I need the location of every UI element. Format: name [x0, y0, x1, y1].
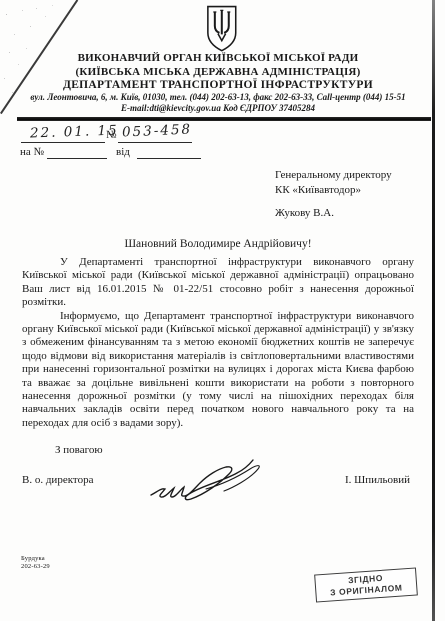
recipient-organization: КК «Київавтодор» [275, 183, 392, 198]
letterhead-address: вул. Леонтовича, 6, м. Київ, 01030, тел.… [0, 92, 436, 103]
recipient-title: Генеральному директору [275, 168, 392, 183]
signer-name: І. Шпильовий [345, 474, 410, 486]
executor-phone: 202-63-29 [21, 563, 50, 571]
letter-body: У Департаменті транспортної інфраструкту… [22, 256, 414, 430]
recipient-block: Генеральному директору КК «Київавтодор» … [275, 168, 392, 221]
letterhead-email: E-mail:dti@kievcity.gov.ua Код ЄДРПОУ 37… [0, 103, 436, 114]
salutation: Шановний Володимире Андрійовичу! [0, 238, 436, 250]
number-symbol-label: № [106, 129, 117, 141]
certification-stamp: ЗГІДНО З ОРИГІНАЛОМ [314, 567, 418, 602]
reply-from-date-label: від [116, 146, 130, 158]
executor-name: Бурдука [21, 555, 50, 563]
signer-position: В. о. директора [22, 474, 93, 486]
org-name-line1: ВИКОНАВЧИЙ ОРГАН КИЇВСЬКОЇ МІСЬКОЇ РАДИ [0, 52, 436, 66]
handwritten-outgoing-number: 053-458 [122, 121, 193, 140]
reply-number-blank-line [47, 158, 107, 159]
body-paragraph-1: У Департаменті транспортної інфраструкту… [22, 256, 414, 310]
letterhead-divider-rule [17, 117, 431, 121]
body-paragraph-2: Інформуємо, що Департамент транспортної … [22, 310, 414, 431]
letterhead-contact: вул. Леонтовича, 6, м. Київ, 01030, тел.… [0, 92, 436, 114]
handwritten-signature [148, 452, 298, 506]
recipient-name: Жукову В.А. [275, 206, 392, 221]
scan-noise-speckles [0, 0, 1, 1]
executor-block: Бурдука 202-63-29 [21, 555, 50, 570]
org-name-line3: ДЕПАРТАМЕНТ ТРАНСПОРТНОЇ ІНФРАСТРУКТУРИ [0, 79, 436, 93]
reply-date-blank-line [137, 158, 201, 159]
scanned-letter-page: ВИКОНАВЧИЙ ОРГАН КИЇВСЬКОЇ МІСЬКОЇ РАДИ … [0, 0, 445, 621]
number-underline [118, 142, 192, 143]
date-underline [21, 142, 105, 143]
ukraine-trident-emblem-icon [201, 5, 241, 53]
letterhead-org-names: ВИКОНАВЧИЙ ОРГАН КИЇВСЬКОЇ МІСЬКОЇ РАДИ … [0, 52, 436, 93]
closing-phrase: З повагою [55, 444, 103, 456]
org-name-line2: (КИЇВСЬКА МІСЬКА ДЕРЖАВНА АДМІНІСТРАЦІЯ) [0, 66, 436, 80]
reply-to-number-label: на № [20, 146, 44, 158]
